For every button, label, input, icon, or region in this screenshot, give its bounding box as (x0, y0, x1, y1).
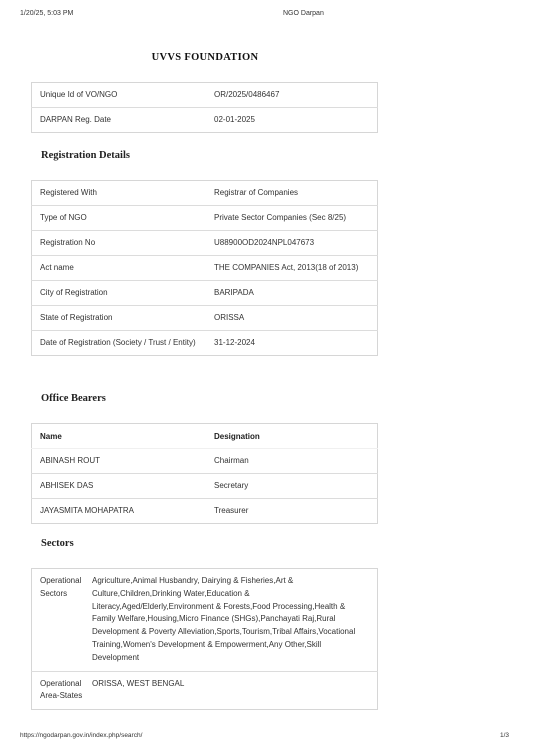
bearer-name: ABINASH ROUT (32, 449, 207, 474)
ngo-type-label: Type of NGO (32, 206, 207, 231)
sectors-section-title: Sectors (41, 538, 74, 549)
table-row: State of Registration ORISSA (32, 306, 378, 331)
id-label: Unique Id of VO/NGO (32, 83, 207, 108)
table-row: Operational Area-States ORISSA, WEST BEN… (32, 671, 378, 710)
id-table: Unique Id of VO/NGO OR/2025/0486467 DARP… (31, 82, 378, 133)
org-name: UVVS FOUNDATION (0, 52, 410, 63)
bearer-designation: Secretary (206, 474, 378, 499)
id-value: OR/2025/0486467 (206, 83, 378, 108)
table-row: Unique Id of VO/NGO OR/2025/0486467 (32, 83, 378, 108)
column-header-name: Name (32, 424, 207, 449)
registered-with-label: Registered With (32, 181, 207, 206)
table-row: ABINASH ROUT Chairman (32, 449, 378, 474)
registration-no-value: U88900OD2024NPL047673 (206, 231, 378, 256)
darpan-date-label: DARPAN Reg. Date (32, 108, 207, 133)
registration-table: Registered With Registrar of Companies T… (31, 180, 378, 356)
registered-with-value: Registrar of Companies (206, 181, 378, 206)
table-row: Registration No U88900OD2024NPL047673 (32, 231, 378, 256)
table-header-row: Name Designation (32, 424, 378, 449)
registration-date-value: 31-12-2024 (206, 331, 378, 356)
table-row: Date of Registration (Society / Trust / … (32, 331, 378, 356)
registration-section-title: Registration Details (41, 150, 130, 161)
act-name-label: Act name (32, 256, 207, 281)
registration-date-label: Date of Registration (Society / Trust / … (32, 331, 207, 356)
act-name-value: THE COMPANIES Act, 2013(18 of 2013) (206, 256, 378, 281)
bearer-designation: Chairman (206, 449, 378, 474)
operational-states-label: Operational Area-States (32, 671, 89, 710)
state-value: ORISSA (206, 306, 378, 331)
table-row: DARPAN Reg. Date 02-01-2025 (32, 108, 378, 133)
state-label: State of Registration (32, 306, 207, 331)
print-datetime: 1/20/25, 5:03 PM (20, 10, 73, 17)
print-page-title: NGO Darpan (283, 10, 324, 17)
column-header-designation: Designation (206, 424, 378, 449)
office-bearers-section-title: Office Bearers (41, 393, 106, 404)
city-value: BARIPADA (206, 281, 378, 306)
table-row: Act name THE COMPANIES Act, 2013(18 of 2… (32, 256, 378, 281)
operational-sectors-label: Operational Sectors (32, 569, 89, 672)
sectors-table: Operational Sectors Agriculture,Animal H… (31, 568, 378, 710)
registration-no-label: Registration No (32, 231, 207, 256)
city-label: City of Registration (32, 281, 207, 306)
table-row: City of Registration BARIPADA (32, 281, 378, 306)
ngo-type-value: Private Sector Companies (Sec 8/25) (206, 206, 378, 231)
table-row: JAYASMITA MOHAPATRA Treasurer (32, 499, 378, 524)
darpan-date-value: 02-01-2025 (206, 108, 378, 133)
table-row: Registered With Registrar of Companies (32, 181, 378, 206)
operational-states-value: ORISSA, WEST BENGAL (88, 671, 378, 710)
table-row: ABHISEK DAS Secretary (32, 474, 378, 499)
bearer-name: ABHISEK DAS (32, 474, 207, 499)
table-row: Operational Sectors Agriculture,Animal H… (32, 569, 378, 672)
page-number: 1/3 (500, 732, 509, 739)
bearer-designation: Treasurer (206, 499, 378, 524)
page-url: https://ngodarpan.gov.in/index.php/searc… (20, 732, 142, 739)
bearer-name: JAYASMITA MOHAPATRA (32, 499, 207, 524)
operational-sectors-value: Agriculture,Animal Husbandry, Dairying &… (88, 569, 378, 672)
table-row: Type of NGO Private Sector Companies (Se… (32, 206, 378, 231)
office-bearers-table: Name Designation ABINASH ROUT Chairman A… (31, 423, 378, 524)
print-header: 1/20/25, 5:03 PM NGO Darpan (0, 10, 533, 22)
